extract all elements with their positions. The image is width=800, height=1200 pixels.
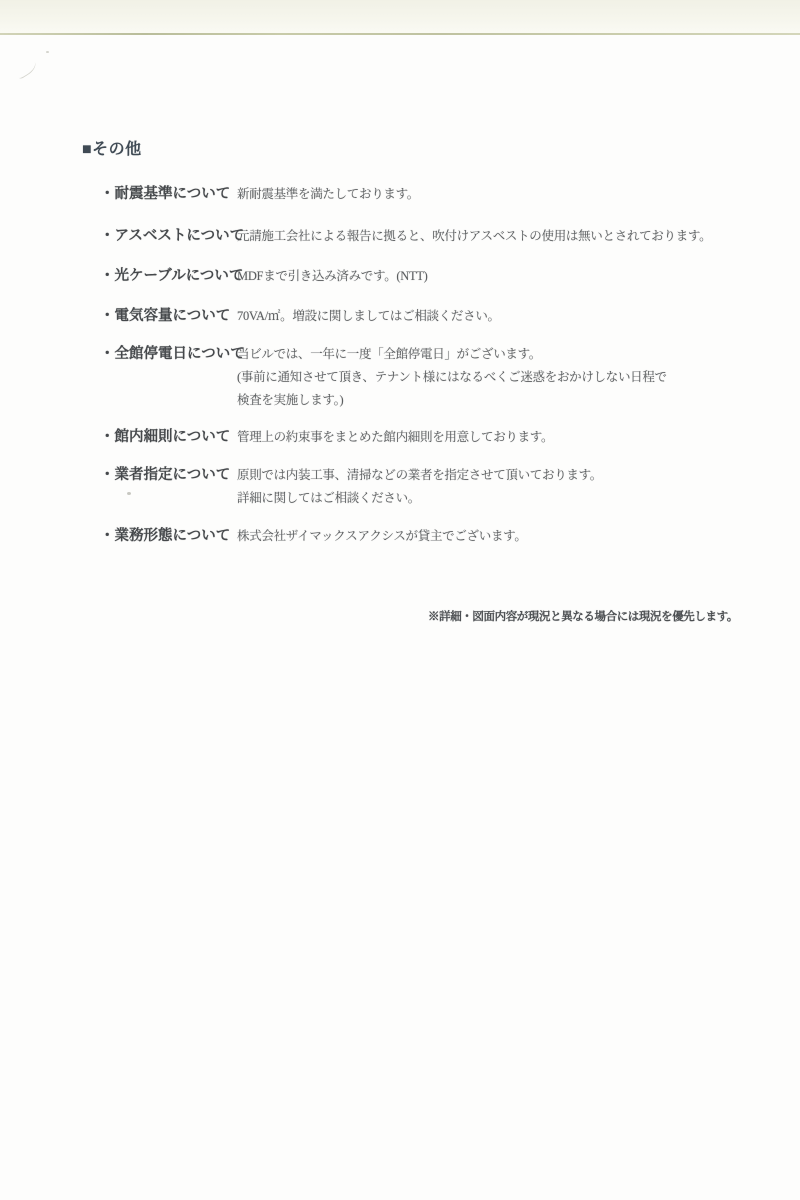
spec-description: 株式会社ザイマックスアクシスが貸主でございます。 [237,525,527,548]
spec-label-asbestos: ・アスベストについて [100,225,244,248]
spec-label-earthquake-standard: ・耐震基準について [100,183,230,206]
spec-description: 新耐震基準を満たしております。 [237,183,419,206]
scan-edge-line [0,33,800,35]
scan-speck [46,51,49,53]
spec-line: 詳細に関してはご相談ください。 [237,487,602,510]
spec-line: 検査を実施します。) [237,389,667,412]
spec-line: 管理上の約束事をまとめた館内細則を用意しております。 [237,426,553,449]
spec-line: 70VA/㎡。増設に関しましてはご相談ください。 [237,305,500,328]
spec-description: 当ビルでは、一年に一度「全館停電日」がございます。 (事前に通知させて頂き、テナ… [237,343,667,412]
spec-label-optical-cable: ・光ケーブルについて [100,265,243,288]
spec-label-business-form: ・業務形態について [100,525,230,548]
spec-description: MDFまで引き込み済みです。(NTT) [237,265,428,288]
footnote: ※詳細・図面内容が現況と異なる場合には現況を優先します。 [428,606,738,629]
spec-description: 管理上の約束事をまとめた館内細則を用意しております。 [237,426,553,449]
scan-scratch-mark [13,57,39,80]
spec-line: (事前に通知させて頂き、テナント様にはなるべくご迷惑をおかけしない日程で [237,366,667,389]
scan-top-margin [0,0,800,33]
spec-line: 新耐震基準を満たしております。 [237,183,419,206]
spec-line: 元請施工会社による報告に拠ると、吹付けアスベストの使用は無いとされております。 [237,225,711,248]
spec-description: 70VA/㎡。増設に関しましてはご相談ください。 [237,305,500,328]
spec-description: 原則では内装工事、清掃などの業者を指定させて頂いております。 詳細に関してはご相… [237,464,602,510]
spec-line: 株式会社ザイマックスアクシスが貸主でございます。 [237,525,527,548]
section-title: ■その他 [82,136,142,159]
spec-label-contractor-designation: ・業者指定について [100,464,230,487]
spec-label-power-outage-day: ・全館停電日について [100,343,245,366]
spec-label-building-rules: ・館内細則について [100,426,230,449]
spec-line: 当ビルでは、一年に一度「全館停電日」がございます。 [237,343,667,366]
spec-description: 元請施工会社による報告に拠ると、吹付けアスベストの使用は無いとされております。 [237,225,711,248]
spec-label-electric-capacity: ・電気容量について [100,305,230,328]
spec-line: MDFまで引き込み済みです。(NTT) [237,265,428,288]
spec-line: 原則では内装工事、清掃などの業者を指定させて頂いております。 [237,464,602,487]
scan-ink-mark [127,492,131,495]
scanned-document-page: ■その他 ・耐震基準について 新耐震基準を満たしております。 ・アスベストについ… [0,0,800,1200]
